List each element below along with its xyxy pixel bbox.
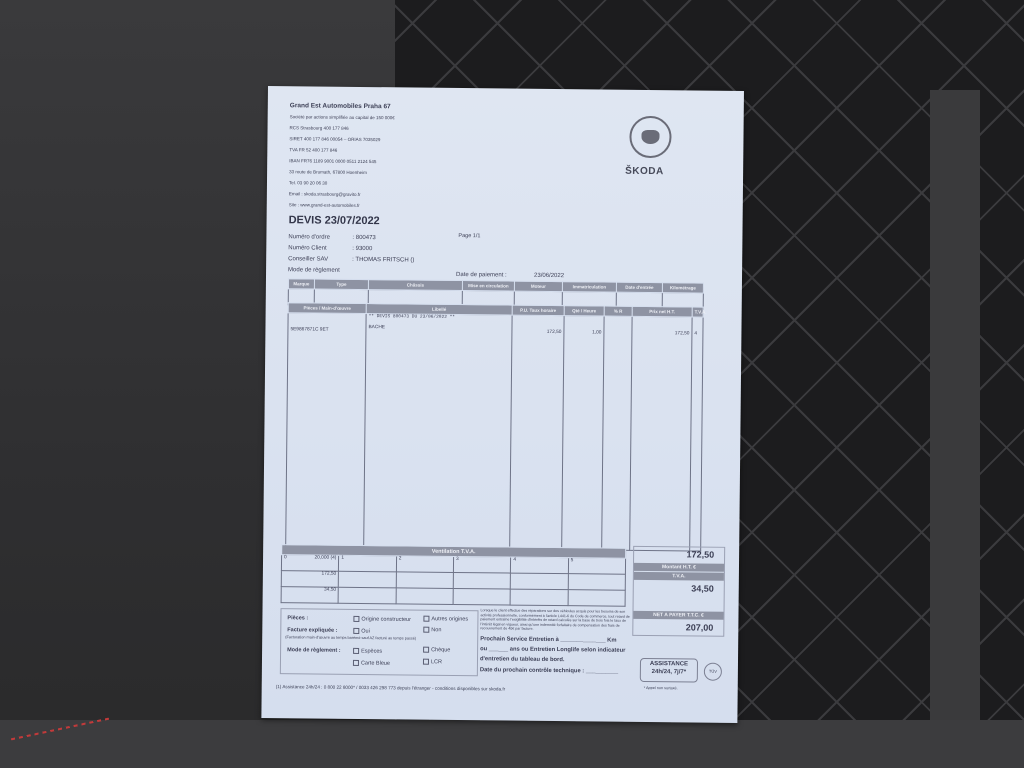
company-line: TVA FR 52 400 177 846: [289, 147, 337, 153]
totals-panel: 172,50 Montant H.T. € T.V.A. 34,50 NET A…: [632, 546, 725, 637]
legal-text: Lorsque le client effectue des réparatio…: [480, 608, 630, 633]
next-inspection-line: Date du prochain contrôle technique : __…: [480, 667, 618, 674]
tva-breakdown-table: Ventilation T.V.A. 0 20,000 (4) 1 2 3 4 …: [281, 544, 627, 607]
document-title: DEVIS 23/07/2022: [289, 214, 380, 227]
quote-document: Grand Est Automobiles Praha 67 Société p…: [261, 86, 744, 723]
next-service-line: d'entretien du tableau de bord.: [480, 656, 565, 663]
brand-name: ŠKODA: [625, 166, 664, 177]
payment-mode-options-label: Mode de règlement :: [287, 647, 341, 654]
company-address: 33 route de Brumath, 67800 Hoenheim: [289, 169, 367, 175]
checkbox-origine-constructeur[interactable]: Origine constructeur: [353, 616, 411, 623]
checkbox-autres-origines[interactable]: Autres origines: [423, 616, 468, 623]
skoda-winged-arrow-icon: [629, 116, 671, 158]
total-tva-value: 34,50: [634, 581, 724, 597]
col-registration-date: Mise en circulation: [462, 281, 514, 292]
net-price: 172,50: [675, 331, 690, 336]
company-line: SIRET 400 177 846 00054 – ORIAS 7035029: [289, 136, 380, 142]
col-net-price: Prix net H.T.: [632, 306, 692, 317]
col-mileage: Kilométrage: [662, 283, 703, 293]
next-service-line: Prochain Service Entretien à ___________…: [480, 636, 616, 643]
facture-note: (Facturation main-d'œuvre au temps barém…: [285, 635, 416, 640]
col-engine: Moteur: [514, 281, 562, 292]
part-reference: 5E9867871C 9ET: [290, 327, 328, 332]
checkbox-oui[interactable]: Oui: [353, 628, 370, 635]
advisor-label: Conseiller SAV: [288, 256, 328, 262]
advisor-value: : THOMAS FRITSCH (): [352, 257, 414, 264]
col-discount: % R: [604, 306, 632, 316]
pieces-label: Pièces :: [287, 615, 308, 621]
table-row: 5E9867871C 9ET ** DEVIS 800473 DU 23/06/…: [286, 313, 703, 551]
col-plate: Immatriculation: [562, 282, 616, 293]
col-unit-price: P.U. Taux horaire: [512, 305, 564, 316]
payment-mode-label: Mode de règlement: [288, 267, 340, 274]
checkbox-cheque[interactable]: Chèque: [423, 647, 450, 654]
col-quantity: Qté / Heure: [564, 306, 604, 316]
col-tva: T.V.A.: [692, 307, 703, 317]
company-phone: Tel. 03 90 20 06 30: [289, 180, 327, 185]
checkbox-carte-bleue[interactable]: Carte Bleue: [353, 660, 390, 667]
assistance-note: * Appel non surtaxé.: [644, 686, 678, 690]
col-entry-date: Date d'entrée: [616, 282, 662, 292]
company-line: Société par actions simplifiée au capita…: [290, 114, 395, 120]
total-tva-label: T.V.A.: [634, 572, 724, 581]
company-website: Site : www.grand-est-automobiles.fr: [289, 202, 360, 208]
assistance-badge: ASSISTANCE 24h/24, 7j/7*: [640, 658, 698, 683]
next-service-line: ou ______ ans ou Entretien Longlife selo…: [480, 646, 625, 654]
page-number: Page 1/1: [458, 233, 480, 239]
car-seat-bolster: [930, 90, 980, 768]
checkbox-especes[interactable]: Espèces: [353, 648, 382, 655]
col-type: Type: [314, 279, 368, 290]
total-ht-label: Montant H.T. €: [634, 563, 724, 572]
quantity: 1,00: [592, 330, 601, 335]
options-box: Pièces : Origine constructeur Autres ori…: [280, 608, 479, 676]
car-seat-bottom: [0, 720, 1024, 768]
client-number-label: Numéro Client: [288, 245, 326, 251]
col-marque: Marque: [288, 279, 314, 289]
unit-price: 172,50: [547, 330, 562, 335]
tva-code: 4: [694, 331, 697, 336]
client-number-value: : 93000: [352, 246, 372, 252]
company-line: RCS Strasbourg 400 177 846: [290, 125, 349, 131]
order-number-value: : 800473: [352, 235, 375, 241]
payment-date-value: 23/06/2022: [534, 273, 564, 279]
footer-text: (1) Assistance 24h/24 : 0 800 22 8000* /…: [276, 684, 505, 691]
company-line: IBAN FR76 1189 9001 0000 0511 2124 545: [289, 158, 376, 164]
order-number-label: Numéro d'ordre: [288, 234, 330, 240]
checkbox-non[interactable]: Non: [423, 627, 441, 634]
tuv-certification-icon: TÜV: [704, 663, 722, 681]
company-name: Grand Est Automobiles Praha 67: [290, 102, 391, 110]
total-ht-value: 172,50: [634, 547, 724, 563]
payment-date-label: Date de paiement :: [456, 272, 507, 279]
tva-amount: 34,50: [281, 587, 338, 604]
total-ttc-label: NET A PAYER T.T.C. €: [633, 611, 723, 620]
line-items-table: Pièces / Main-d'œuvre Libellé P.U. Taux …: [285, 302, 704, 551]
tva-base: 172,50: [281, 571, 338, 588]
company-email: Email : skoda.strasbourg@gravito.fr: [289, 191, 361, 197]
part-label: BACHE: [368, 325, 385, 330]
tva-rate: 20,000 (4): [314, 556, 336, 561]
total-ttc-value: 207,00: [633, 620, 723, 636]
checkbox-lcr[interactable]: LCR: [423, 659, 442, 666]
facture-label: Facture expliquée :: [287, 627, 337, 634]
